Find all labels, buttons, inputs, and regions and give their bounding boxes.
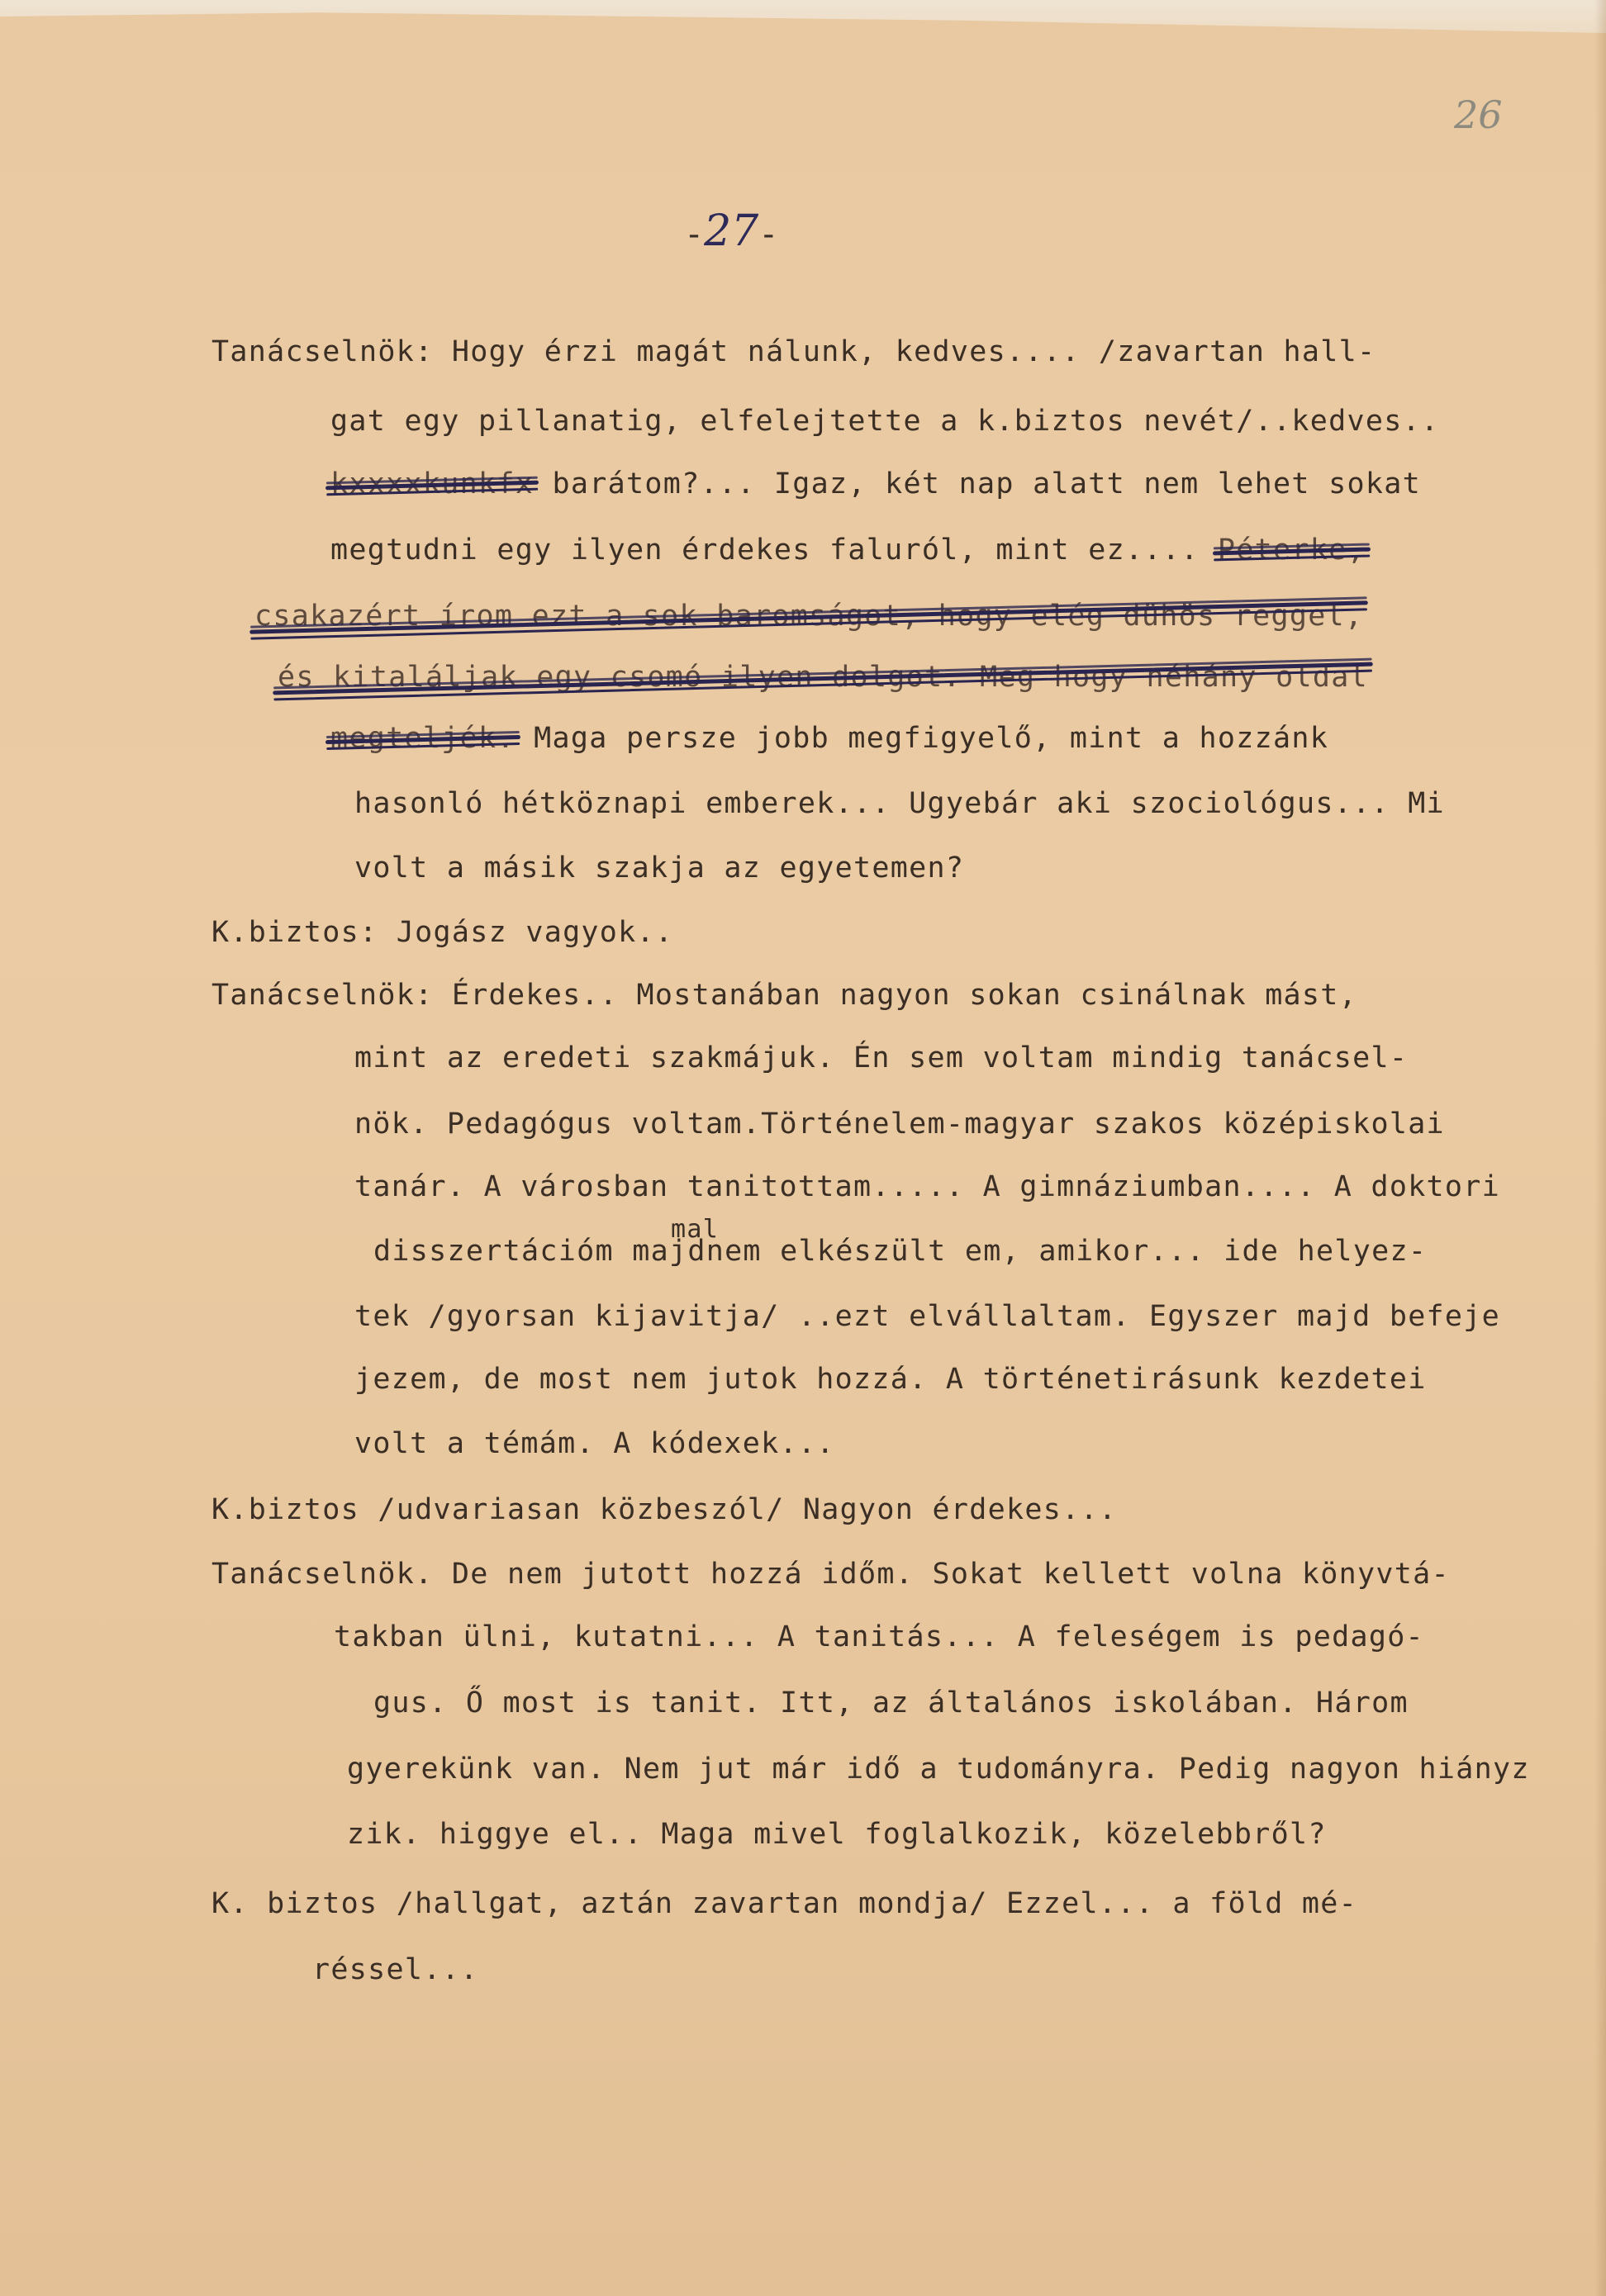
typed-line: csakazért írom ezt a sok baromságot, hog… bbox=[254, 598, 1363, 634]
line-text: réssel... bbox=[312, 1953, 478, 1986]
typed-page-number: -27- bbox=[684, 206, 778, 256]
line-text: jezem, de most nem jutok hozzá. A történ… bbox=[354, 1363, 1427, 1396]
paper-shadow-edge bbox=[1594, 0, 1606, 2296]
line-text: zik. higgye el.. Maga mivel foglalkozik,… bbox=[347, 1818, 1327, 1851]
struck-text: Péterke, bbox=[1218, 534, 1366, 567]
typed-line: tek /gyorsan kijavitja/ ..ezt elvállalta… bbox=[354, 1298, 1500, 1335]
typed-line: gyerekünk van. Nem jut már idő a tudomán… bbox=[347, 1751, 1530, 1787]
line-text: K.biztos /udvariasan közbeszól/ Nagyon é… bbox=[211, 1493, 1117, 1526]
typed-line: Tanácselnök: Hogy érzi magát nálunk, ked… bbox=[211, 334, 1376, 370]
page-number-value: 27 bbox=[704, 206, 758, 256]
struck-text: megteljék. bbox=[330, 722, 516, 755]
typed-line: Tanácselnök: Érdekes.. Mostanában nagyon… bbox=[211, 977, 1357, 1013]
typed-line: zik. higgye el.. Maga mivel foglalkozik,… bbox=[347, 1816, 1327, 1852]
typed-line: megteljék. Maga persze jobb megfigyelő, … bbox=[330, 720, 1328, 757]
typed-line: és kitaláljak egy csomó ilyen dolgot. Me… bbox=[278, 659, 1368, 695]
line-text: megtudni egy ilyen érdekes faluról, mint… bbox=[330, 534, 1218, 567]
line-text: gus. Ő most is tanit. Itt, az általános … bbox=[373, 1686, 1409, 1720]
line-text: Tanácselnök: Hogy érzi magát nálunk, ked… bbox=[211, 335, 1376, 368]
line-text: tek /gyorsan kijavitja/ ..ezt elvállalta… bbox=[354, 1300, 1500, 1333]
typed-line: megtudni egy ilyen érdekes faluról, mint… bbox=[330, 532, 1366, 568]
folded-paper-edge bbox=[0, 0, 1606, 33]
line-text: hasonló hétköznapi emberek... Ugyebár ak… bbox=[354, 787, 1445, 820]
line-text: K.biztos: Jogász vagyok.. bbox=[211, 916, 673, 949]
line-text: gyerekünk van. Nem jut már idő a tudomán… bbox=[347, 1753, 1530, 1786]
typed-line: K.biztos: Jogász vagyok.. bbox=[211, 914, 673, 951]
typed-line: K.biztos /udvariasan közbeszól/ Nagyon é… bbox=[211, 1492, 1117, 1528]
struck-text: kxxxxkunkfx bbox=[330, 467, 534, 500]
line-text: gat egy pillanatig, elfelejtette a k.biz… bbox=[330, 405, 1439, 438]
line-text: nök. Pedagógus voltam.Történelem-magyar … bbox=[354, 1108, 1445, 1141]
typed-line: gus. Ő most is tanit. Itt, az általános … bbox=[373, 1685, 1409, 1721]
typed-line: réssel... bbox=[312, 1952, 478, 1988]
line-text: disszertációm majdnem elkészült em, amik… bbox=[373, 1235, 1427, 1268]
struck-text: csakazért írom ezt a sok baromságot, hog… bbox=[254, 600, 1363, 633]
typed-line: gat egy pillanatig, elfelejtette a k.biz… bbox=[330, 403, 1439, 439]
line-text: volt a témám. A kódexek... bbox=[354, 1427, 835, 1460]
typed-line: jezem, de most nem jutok hozzá. A történ… bbox=[354, 1361, 1427, 1397]
page-number-suffix: - bbox=[758, 216, 778, 254]
typed-line: volt a témám. A kódexek... bbox=[354, 1426, 835, 1462]
line-text: tanár. A városban tanitottam..... A gimn… bbox=[354, 1170, 1500, 1203]
line-text: Tanácselnök. De nem jutott hozzá időm. S… bbox=[211, 1558, 1450, 1591]
typed-line: volt a másik szakja az egyetemen? bbox=[354, 850, 964, 886]
typed-line: disszertációm majdnem elkészült em, amik… bbox=[373, 1233, 1427, 1269]
typed-line: takban ülni, kutatni... A tanitás... A f… bbox=[334, 1619, 1424, 1655]
typed-line: K. biztos /hallgat, aztán zavartan mondj… bbox=[211, 1886, 1357, 1922]
handwritten-page-number: 26 bbox=[1454, 93, 1503, 137]
line-text: Maga persze jobb megfigyelő, mint a hozz… bbox=[516, 722, 1328, 755]
typed-insertion: mal bbox=[671, 1212, 719, 1248]
line-text: volt a másik szakja az egyetemen? bbox=[354, 852, 964, 885]
line-text: mint az eredeti szakmájuk. Én sem voltam… bbox=[354, 1041, 1408, 1074]
line-text: takban ülni, kutatni... A tanitás... A f… bbox=[334, 1620, 1424, 1653]
line-text: Tanácselnök: Érdekes.. Mostanában nagyon… bbox=[211, 979, 1357, 1012]
page-number-prefix: - bbox=[684, 216, 704, 254]
line-text: K. biztos /hallgat, aztán zavartan mondj… bbox=[211, 1887, 1357, 1920]
line-text: barátom?... Igaz, két nap alatt nem lehe… bbox=[534, 467, 1421, 500]
struck-text: és kitaláljak egy csomó ilyen dolgot. Me… bbox=[278, 661, 1368, 694]
typed-line: kxxxxkunkfx barátom?... Igaz, két nap al… bbox=[330, 466, 1421, 502]
typed-line: hasonló hétköznapi emberek... Ugyebár ak… bbox=[354, 785, 1445, 822]
typed-line: nök. Pedagógus voltam.Történelem-magyar … bbox=[354, 1106, 1445, 1142]
typed-line: tanár. A városban tanitottam..... A gimn… bbox=[354, 1169, 1500, 1205]
typed-line: mint az eredeti szakmájuk. Én sem voltam… bbox=[354, 1040, 1408, 1076]
typed-line: Tanácselnök. De nem jutott hozzá időm. S… bbox=[211, 1556, 1450, 1592]
